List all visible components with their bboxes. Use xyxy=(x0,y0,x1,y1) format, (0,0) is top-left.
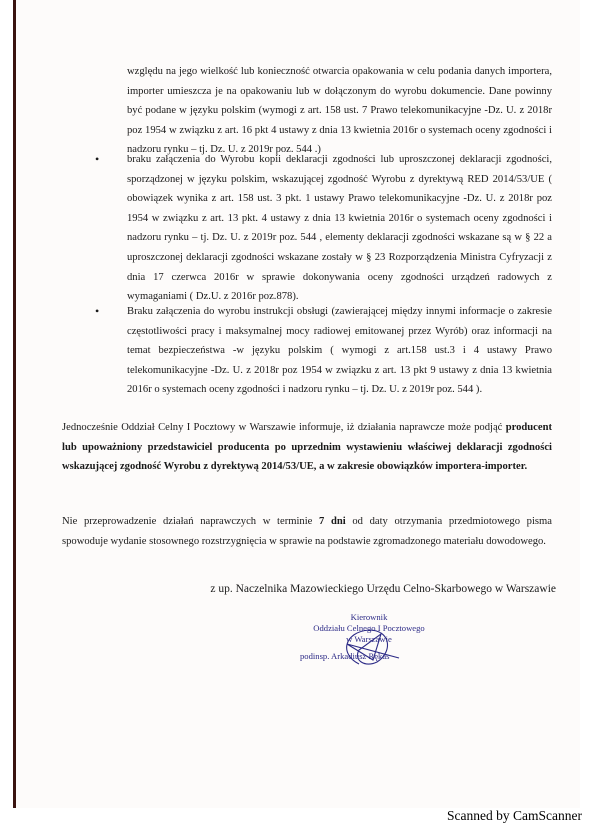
deadline-days: 7 dni xyxy=(319,516,346,527)
bullet-item-manual: • Braku załączenia do wyrobu instrukcji … xyxy=(127,302,552,400)
bullet-icon: • xyxy=(95,150,99,170)
official-stamp: Kierownik Oddziału Celnego I Pocztowego … xyxy=(294,612,444,662)
continuation-paragraph: względu na jego wielkość lub konieczność… xyxy=(127,62,552,160)
handwritten-signature-icon xyxy=(329,624,409,668)
scanned-page: względu na jego wielkość lub konieczność… xyxy=(13,0,580,808)
paragraph-intro: Jednocześnie Oddział Celny I Pocztowy w … xyxy=(62,422,506,433)
paragraph-before: Nie przeprowadzenie działań naprawczych … xyxy=(62,516,319,527)
signature-authority-line: z up. Naczelnika Mazowieckiego Urzędu Ce… xyxy=(191,583,556,595)
stamp-title: Kierownik xyxy=(294,612,444,623)
bullet-text: braku załączenia do Wyrobu kopii deklara… xyxy=(127,154,552,302)
corrective-action-paragraph: Jednocześnie Oddział Celny I Pocztowy w … xyxy=(62,418,552,477)
bullet-text: Braku załączenia do wyrobu instrukcji ob… xyxy=(127,306,552,395)
bullet-item-declaration: • braku załączenia do Wyrobu kopii dekla… xyxy=(127,150,552,307)
deadline-paragraph: Nie przeprowadzenie działań naprawczych … xyxy=(62,512,552,551)
bullet-icon: • xyxy=(95,302,99,322)
camscanner-watermark: Scanned by CamScanner xyxy=(447,808,582,824)
